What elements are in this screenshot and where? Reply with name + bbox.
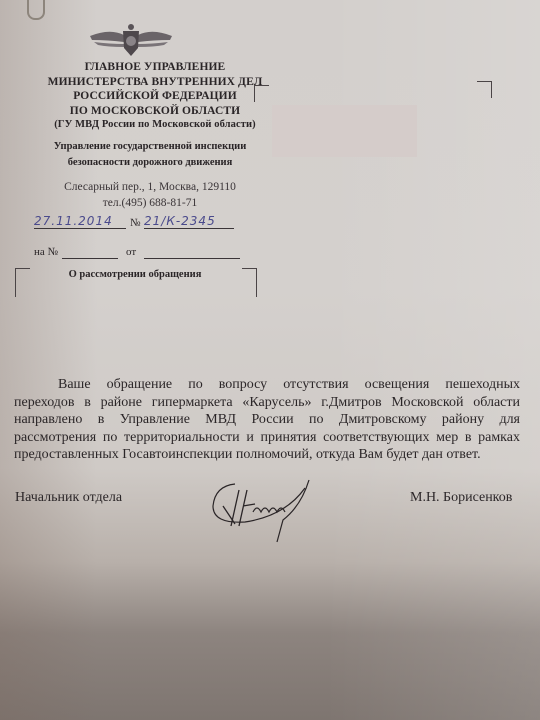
subject-corner-right: [242, 268, 257, 297]
ref-date-label: от: [126, 246, 136, 258]
body-line-1: Ваше обращение по вопросу отсутствия осв…: [58, 376, 520, 394]
ref-number-field: [62, 246, 118, 259]
org-line-2: МИНИСТЕРСТВА ВНУТРЕННИХ ДЕЛ: [40, 75, 270, 90]
letter-body: Ваше обращение по вопросу отсутствия осв…: [58, 376, 520, 464]
registration-row: 27.11.2014 № 21/К-2345: [34, 214, 234, 232]
recipient-redacted: [272, 105, 417, 157]
subject-line: О рассмотрении обращения: [30, 269, 240, 280]
org-line-4: ПО МОСКОВСКОЙ ОБЛАСТИ: [40, 104, 270, 119]
org-short-name: (ГУ МВД России по Московской области): [40, 118, 270, 133]
department-line-2: безопасности дорожного движения: [30, 155, 270, 171]
body-line-5: предоставленных Госавтоинспекции полномо…: [14, 446, 520, 464]
emblem-icon: [88, 22, 174, 58]
department-line-1: Управление государственной инспекции: [30, 139, 270, 155]
body-line-2: переходов в районе гипермаркета «Карусел…: [14, 394, 520, 412]
letterhead: ГЛАВНОЕ УПРАВЛЕНИЕ МИНИСТЕРСТВА ВНУТРЕНН…: [40, 60, 270, 133]
signature-icon: [205, 476, 315, 548]
org-line-1: ГЛАВНОЕ УПРАВЛЕНИЕ: [40, 60, 270, 75]
ref-date-field: [144, 246, 240, 259]
phone: тел.(495) 688-81-71: [30, 195, 270, 211]
department-name: Управление государственной инспекции без…: [30, 139, 270, 171]
ref-number-label: на №: [34, 246, 58, 258]
paperclip-icon: [27, 0, 45, 20]
subject-corner-left: [15, 268, 30, 297]
address: Слесарный пер., 1, Москва, 129110: [30, 179, 270, 195]
org-line-3: РОССИЙСКОЙ ФЕДЕРАЦИИ: [40, 89, 270, 104]
body-line-4: рассмотрения по территориальности и прин…: [14, 429, 520, 447]
reference-row: на № от: [34, 246, 244, 262]
outgoing-date: 27.11.2014: [34, 214, 126, 229]
outgoing-number: 21/К-2345: [144, 214, 234, 229]
signer-position: Начальник отдела: [15, 490, 122, 506]
signer-name: М.Н. Борисенков: [410, 490, 512, 506]
recipient-corner-right: [477, 81, 492, 98]
number-label: №: [130, 217, 141, 229]
body-line-3: направлено в Управление МВД России по Дм…: [14, 411, 520, 429]
recipient-corner-left: [254, 85, 269, 102]
